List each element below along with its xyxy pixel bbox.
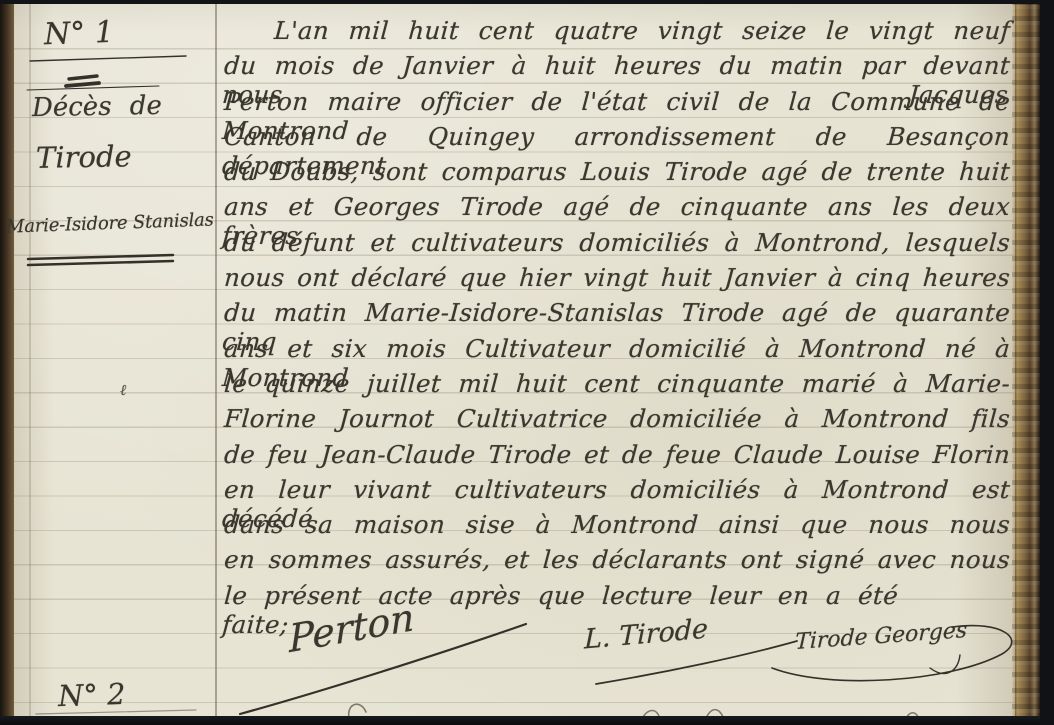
act-line: Florine Journot Cultivatrice domiciliée … [223, 404, 1011, 439]
act-number: N° 1 [43, 15, 114, 52]
margin-separator-rule [215, 3, 217, 716]
act-line: nous ont déclaré que hier vingt huit Jan… [223, 263, 1011, 298]
act-line: du défunt et cultivateurs domiciliés à M… [223, 228, 1011, 263]
act-line: de feu Jean-Claude Tirode et de feue Cla… [223, 440, 1011, 475]
act-body: L'an mil huit cent quatre vingt seize le… [224, 16, 1010, 616]
act-line: le quinze juillet mil huit cent cinquant… [223, 369, 1011, 404]
act-line: dans sa maison sise à Montrond ainsi que… [223, 510, 1011, 545]
act-line: en sommes assurés, et les déclarants ont… [223, 545, 1011, 580]
act-line: du matin Marie-Isidore-Stanislas Tirode … [223, 298, 1011, 333]
act-title: Décès de [32, 91, 162, 123]
act-line: du Doubs, sont comparus Louis Tirode agé… [223, 157, 1011, 192]
act-line: ans et six mois Cultivateur domicilié à … [223, 334, 1011, 369]
act-line: Canton de Quingey arrondissement de Besa… [223, 122, 1011, 157]
act-line: L'an mil huit cent quatre vingt seize le… [223, 16, 1011, 51]
next-act-number: N° 2 [57, 677, 126, 713]
register-page-scan: N° 1 Décès de Tirode Marie-Isidore Stani… [0, 0, 1054, 725]
act-line: en leur vivant cultivateurs domiciliés à… [223, 475, 1011, 510]
paper-crease [29, 0, 31, 716]
margin-ink-mark: ℓ [120, 381, 126, 400]
page-deckle-edge [1012, 0, 1041, 725]
deceased-surname: Tirode [36, 139, 132, 175]
act-line: Perton maire officier de l'état civil de… [223, 87, 1011, 122]
act-line: du mois de Janvier à huit heures du mati… [223, 51, 1011, 86]
scan-border-bottom [0, 716, 1054, 725]
act-line: ans et Georges Tirode agé de cinquante a… [223, 192, 1011, 227]
scan-border-right [1040, 0, 1054, 725]
scan-border-top [0, 0, 1054, 4]
